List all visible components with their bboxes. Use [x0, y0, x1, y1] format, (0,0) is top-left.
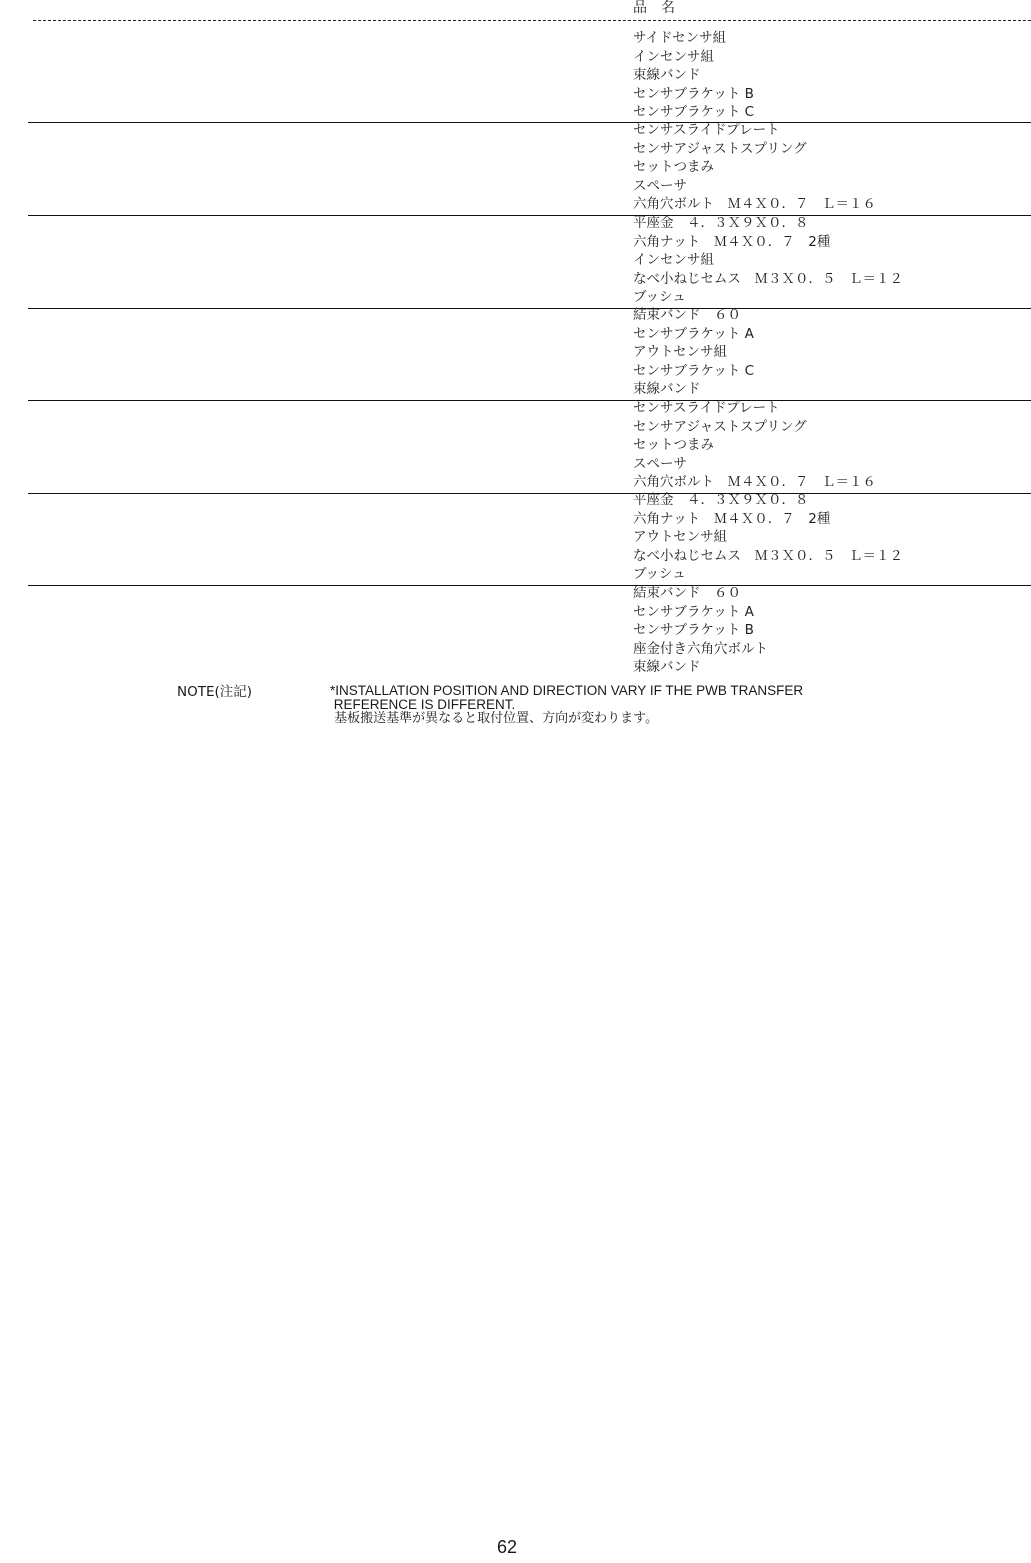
- parts-group-1: サイドセンサ組 インセンサ組 束線バンド センサブラケット B センサブラケット…: [633, 29, 754, 122]
- part-item: センサアジャストスプリング: [633, 140, 876, 159]
- part-item: 束線バンド: [633, 658, 768, 677]
- part-item: センサアジャストスプリング: [633, 418, 876, 437]
- note-label: NOTE(注記): [177, 684, 252, 700]
- parts-group-3: 平座金 ４．３Ｘ９Ｘ０．８ 六角ナット Ｍ４Ｘ０．７ 2種 インセンサ組 なべ小…: [633, 214, 903, 307]
- header-dashed-divider: [33, 20, 1031, 21]
- part-item: セットつまみ: [633, 158, 876, 177]
- page-number: 62: [0, 1537, 1014, 1558]
- part-item: インセンサ組: [633, 48, 754, 67]
- part-item: センサスライドプレート: [633, 121, 876, 140]
- part-item: センサブラケット A: [633, 603, 768, 622]
- part-item: スペーサ: [633, 455, 876, 474]
- column-header-part-name: 品 名: [633, 0, 675, 16]
- part-item: 六角ナット Ｍ４Ｘ０．７ 2種: [633, 233, 903, 252]
- part-item: 六角穴ボルト Ｍ４Ｘ０．７ Ｌ＝１６: [633, 473, 876, 492]
- part-item: センサブラケット C: [633, 103, 754, 122]
- parts-group-2: センサスライドプレート センサアジャストスプリング セットつまみ スペーサ 六角…: [633, 121, 876, 214]
- part-item: 平座金 ４．３Ｘ９Ｘ０．８: [633, 214, 903, 233]
- group-divider: [28, 122, 1031, 123]
- part-item: アウトセンサ組: [633, 343, 754, 362]
- group-divider: [28, 308, 1031, 309]
- part-item: センサブラケット A: [633, 325, 754, 344]
- part-item: センサブラケット C: [633, 362, 754, 381]
- note-line-2: REFERENCE IS DIFFERENT.: [330, 698, 803, 712]
- note-text: *INSTALLATION POSITION AND DIRECTION VAR…: [330, 684, 803, 726]
- part-item: 結束バンド ６０: [633, 584, 768, 603]
- part-item: ブッシュ: [633, 288, 903, 307]
- part-item: 束線バンド: [633, 66, 754, 85]
- group-divider: [28, 585, 1031, 586]
- part-item: セットつまみ: [633, 436, 876, 455]
- note-line-3: 基板搬送基準が異なると取付位置、方向が変わります。: [330, 712, 803, 726]
- parts-group-4: 結束バンド ６０ センサブラケット A アウトセンサ組 センサブラケット C 束…: [633, 306, 754, 399]
- part-item: 六角穴ボルト Ｍ４Ｘ０．７ Ｌ＝１６: [633, 195, 876, 214]
- part-item: 座金付き六角穴ボルト: [633, 640, 768, 659]
- part-item: ブッシュ: [633, 565, 903, 584]
- parts-group-7: 結束バンド ６０ センサブラケット A センサブラケット B 座金付き六角穴ボル…: [633, 584, 768, 677]
- part-item: スペーサ: [633, 177, 876, 196]
- parts-group-5: センサスライドプレート センサアジャストスプリング セットつまみ スペーサ 六角…: [633, 399, 876, 492]
- part-item: 束線バンド: [633, 380, 754, 399]
- group-divider: [28, 400, 1031, 401]
- part-item: 結束バンド ６０: [633, 306, 754, 325]
- part-item: 平座金 ４．３Ｘ９Ｘ０．８: [633, 491, 903, 510]
- part-item: センサブラケット B: [633, 621, 768, 640]
- part-item: サイドセンサ組: [633, 29, 754, 48]
- part-item: なべ小ねじセムス Ｍ３Ｘ０．５ Ｌ＝１２: [633, 270, 903, 289]
- part-item: センサブラケット B: [633, 85, 754, 104]
- part-item: 六角ナット Ｍ４Ｘ０．７ 2種: [633, 510, 903, 529]
- parts-group-6: 平座金 ４．３Ｘ９Ｘ０．８ 六角ナット Ｍ４Ｘ０．７ 2種 アウトセンサ組 なべ…: [633, 491, 903, 584]
- part-item: なべ小ねじセムス Ｍ３Ｘ０．５ Ｌ＝１２: [633, 547, 903, 566]
- part-item: センサスライドプレート: [633, 399, 876, 418]
- part-item: インセンサ組: [633, 251, 903, 270]
- part-item: アウトセンサ組: [633, 528, 903, 547]
- note-line-1: *INSTALLATION POSITION AND DIRECTION VAR…: [330, 684, 803, 698]
